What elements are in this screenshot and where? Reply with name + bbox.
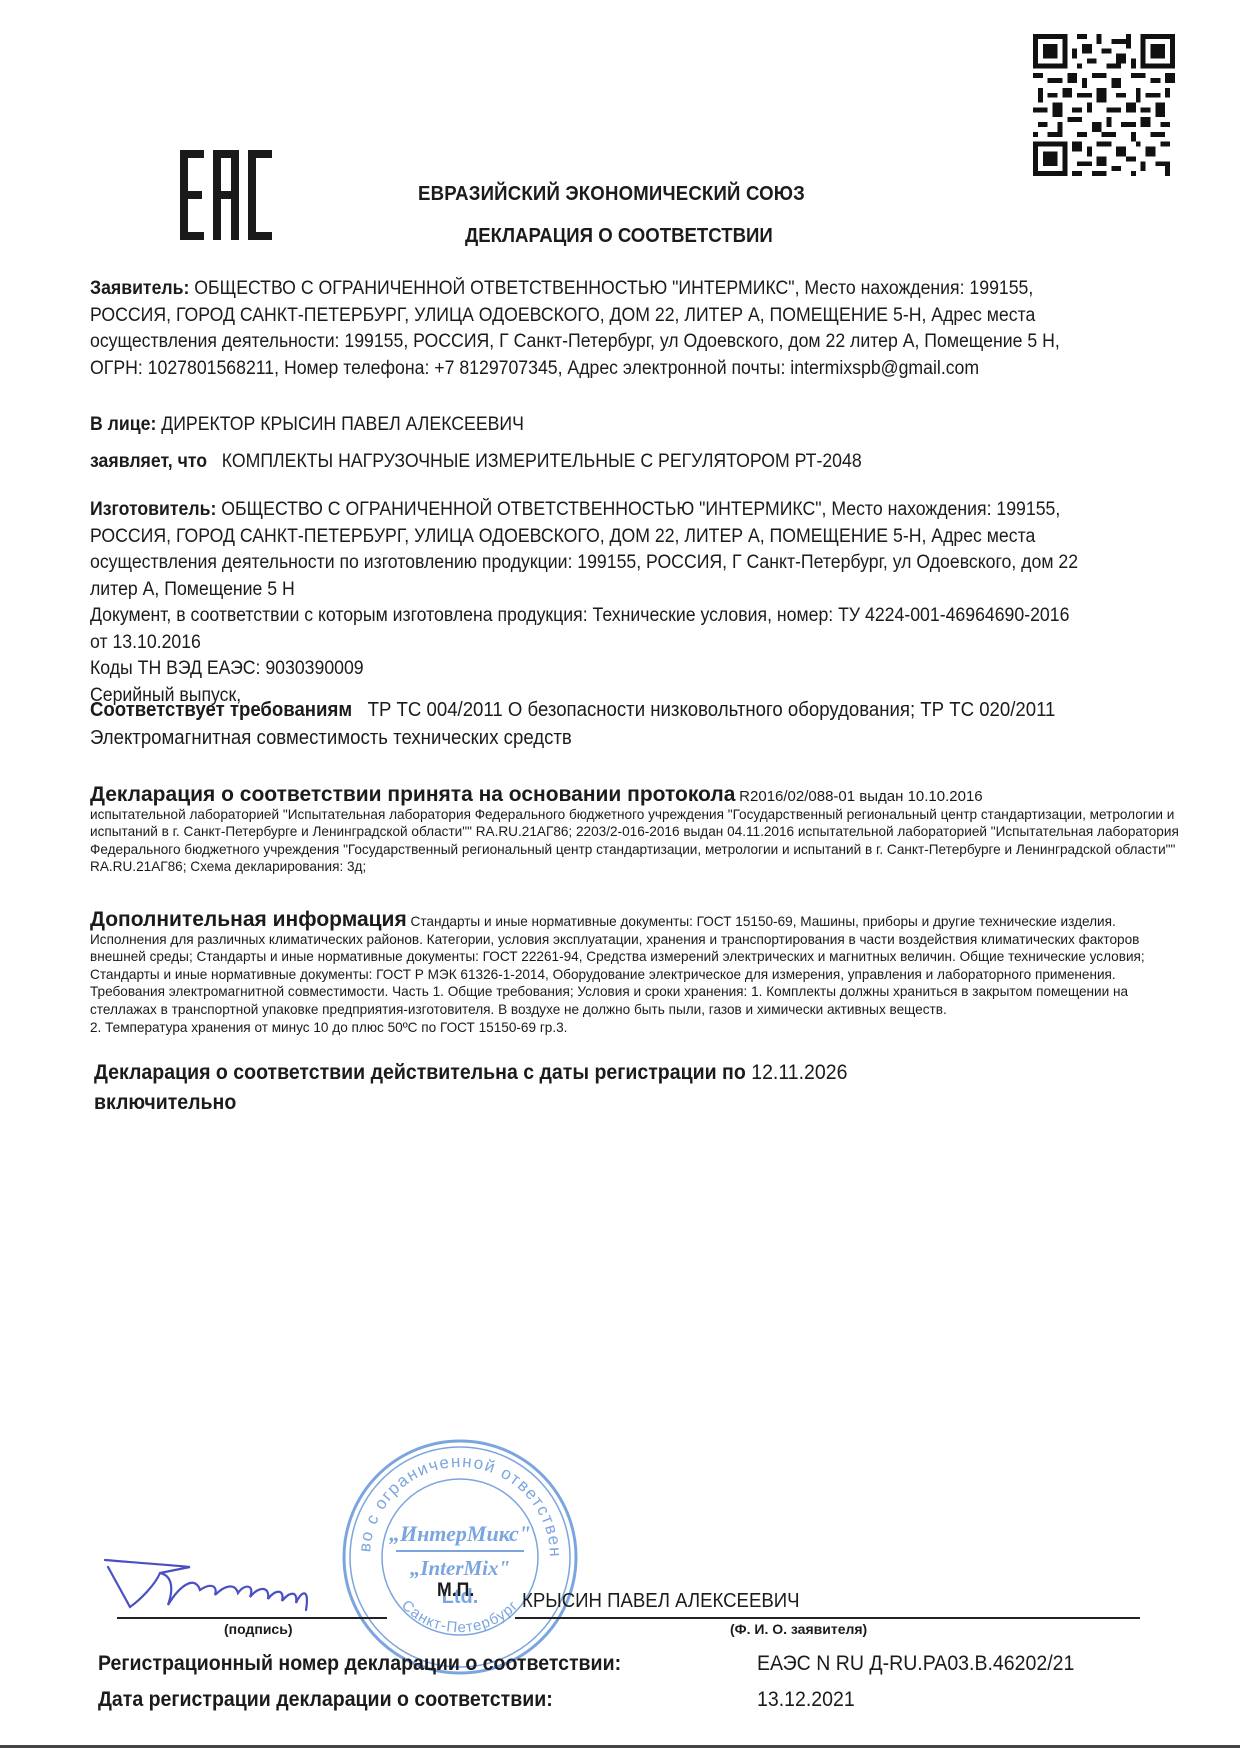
compliance-label: Соответствует требованиям <box>90 699 352 721</box>
applicant-section: Заявитель: ОБЩЕСТВО С ОГРАНИЧЕННОЙ ОТВЕТ… <box>90 276 1085 382</box>
manufacturer-document: Документ, в соответствии с которым изгот… <box>90 605 1069 653</box>
additional-info-section: Дополнительная информация Стандарты и ин… <box>90 911 1180 1036</box>
manufacturer-section: Изготовитель: ОБЩЕСТВО С ОГРАНИЧЕННОЙ ОТ… <box>90 497 1085 709</box>
protocol-section: Декларация о соответствии принята на осн… <box>90 786 1180 876</box>
manufacturer-label: Изготовитель: <box>90 499 216 520</box>
declares-section: заявляет, что КОМПЛЕКТЫ НАГРУЗОЧНЫЕ ИЗМЕ… <box>90 449 1085 476</box>
validity-section: Декларация о соответствии действительна … <box>94 1058 1024 1118</box>
bottom-border <box>0 1745 1240 1748</box>
handwritten-signature-icon <box>100 1555 330 1615</box>
product-name: КОМПЛЕКТЫ НАГРУЗОЧНЫЕ ИЗМЕРИТЕЛЬНЫЕ С РЕ… <box>222 451 862 472</box>
compliance-section: Соответствует требованиям ТР ТС 004/2011… <box>90 696 1085 752</box>
document-title: ДЕКЛАРАЦИЯ О СООТВЕТСТВИИ <box>465 225 773 248</box>
registration-date: 13.12.2021 <box>757 1688 855 1712</box>
union-title: ЕВРАЗИЙСКИЙ ЭКОНОМИЧЕСКИЙ СОЮЗ <box>418 183 805 206</box>
validity-suffix: включительно <box>94 1091 236 1114</box>
applicant-text: ОБЩЕСТВО С ОГРАНИЧЕННОЙ ОТВЕТСТВЕННОСТЬЮ… <box>90 278 1060 379</box>
eac-mark-icon <box>180 150 272 240</box>
registration-number: ЕАЭС N RU Д-RU.PA03.B.46202/21 <box>757 1652 1074 1676</box>
validity-date: 12.11.2026 <box>751 1061 847 1084</box>
name-line <box>515 1617 1140 1619</box>
registration-number-label: Регистрационный номер декларации о соотв… <box>98 1652 621 1676</box>
validity-label: Декларация о соответствии действительна … <box>94 1061 746 1084</box>
manufacturer-text: ОБЩЕСТВО С ОГРАНИЧЕННОЙ ОТВЕТСТВЕННОСТЬЮ… <box>90 499 1078 600</box>
declares-label: заявляет, что <box>90 451 207 472</box>
name-caption: (Ф. И. О. заявителя) <box>730 1621 867 1637</box>
applicant-label: Заявитель: <box>90 278 189 299</box>
signature-line <box>117 1617 387 1619</box>
svg-text:„InterMix": „InterMix" <box>410 1556 510 1580</box>
represented-by-text: ДИРЕКТОР КРЫСИН ПАВЕЛ АЛЕКСЕЕВИЧ <box>161 414 524 435</box>
svg-text:„ИнтерМикс": „ИнтерМикс" <box>389 1521 531 1546</box>
protocol-text: испытательной лабораторией "Испытательна… <box>90 807 1179 875</box>
protocol-label: Декларация о соответствии принята на осн… <box>90 783 735 806</box>
represented-by-section: В лице: ДИРЕКТОР КРЫСИН ПАВЕЛ АЛЕКСЕЕВИЧ <box>90 412 1085 439</box>
qr-code-icon <box>1033 34 1175 176</box>
stamp-place-label: М.П. <box>437 1580 474 1602</box>
registration-date-label: Дата регистрации декларации о соответств… <box>98 1688 553 1712</box>
represented-by-label: В лице: <box>90 414 156 435</box>
storage-temperature: 2. Температура хранения от минус 10 до п… <box>90 1020 567 1035</box>
signature-caption: (подпись) <box>224 1621 293 1637</box>
company-stamp-icon: Общество с ограниченной ответственностью… <box>340 1437 580 1677</box>
additional-info-label: Дополнительная информация <box>90 908 407 931</box>
applicant-full-name: КРЫСИН ПАВЕЛ АЛЕКСЕЕВИЧ <box>522 1590 800 1613</box>
hs-codes: Коды ТН ВЭД ЕАЭС: 9030390009 <box>90 658 364 679</box>
protocol-number: R2016/02/088-01 выдан 10.10.2016 <box>739 788 982 805</box>
